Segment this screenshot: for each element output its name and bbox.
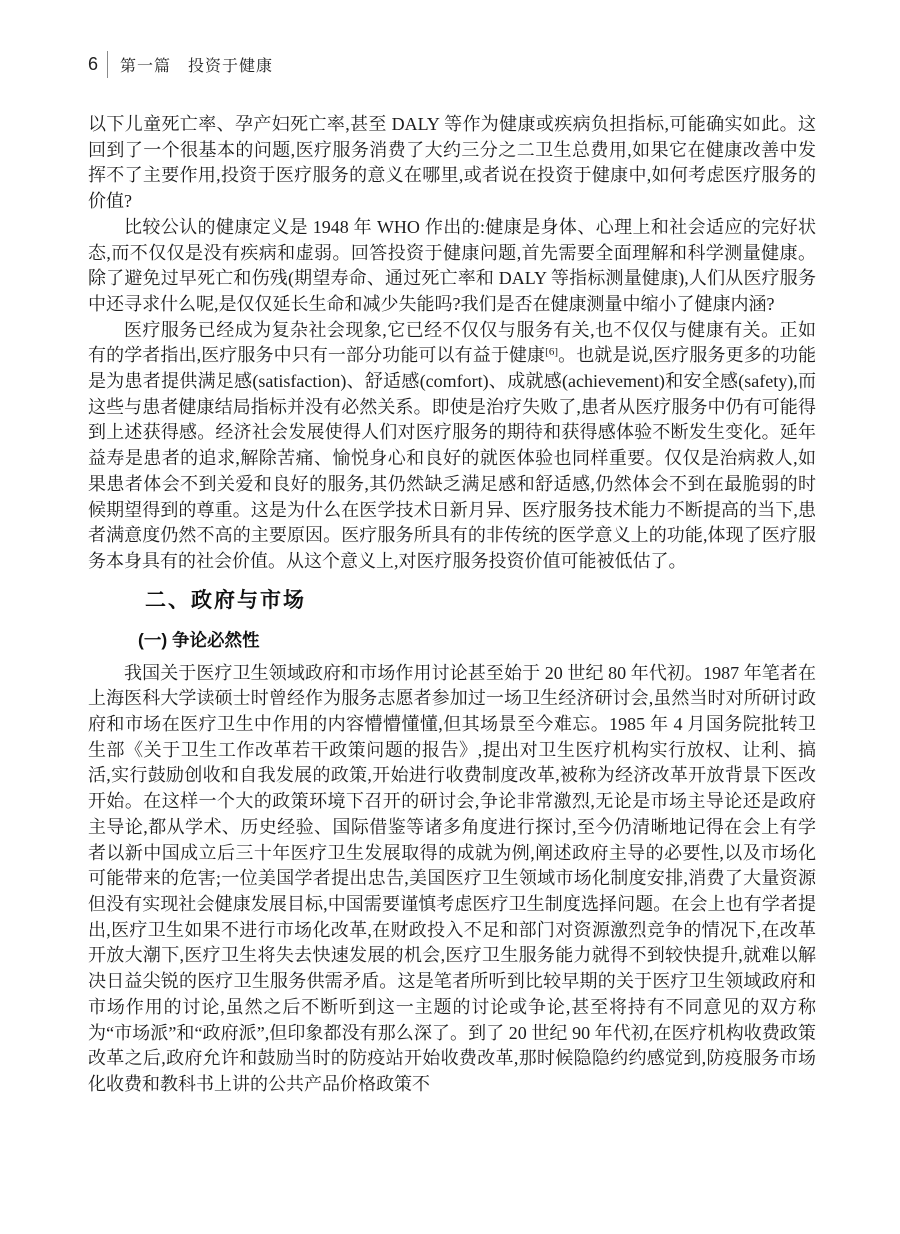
page-body: 以下儿童死亡率、孕产妇死亡率,甚至 DALY 等作为健康或疾病负担指标,可能确实… — [88, 112, 816, 1098]
paragraph-daly-indicators: 以下儿童死亡率、孕产妇死亡率,甚至 DALY 等作为健康或疾病负担指标,可能确实… — [88, 112, 816, 215]
running-header: 6 第一篇 投资于健康 — [88, 51, 273, 78]
page-number: 6 — [88, 54, 107, 75]
part-label: 第一篇 — [120, 53, 171, 76]
paragraph-medical-service-value-text-after: 。也就是说,医疗服务更多的功能是为患者提供满足感(satisfaction)、舒… — [88, 345, 816, 571]
footnote-ref-6: [6] — [545, 346, 558, 358]
subsection-heading-debate-inevitability: (一) 争论必然性 — [138, 629, 816, 651]
section-heading-government-and-market: 二、政府与市场 — [145, 587, 816, 613]
paragraph-medical-service-value: 医疗服务已经成为复杂社会现象,它已经不仅仅与服务有关,也不仅仅与健康有关。正如有… — [88, 318, 816, 575]
book-page: 6 第一篇 投资于健康 以下儿童死亡率、孕产妇死亡率,甚至 DALY 等作为健康… — [0, 0, 900, 1234]
part-title: 投资于健康 — [188, 53, 273, 76]
paragraph-debate-history: 我国关于医疗卫生领域政府和市场作用讨论甚至始于 20 世纪 80 年代初。198… — [88, 661, 816, 1098]
paragraph-who-definition: 比较公认的健康定义是 1948 年 WHO 作出的:健康是身体、心理上和社会适应… — [88, 215, 816, 318]
header-divider — [107, 51, 108, 78]
